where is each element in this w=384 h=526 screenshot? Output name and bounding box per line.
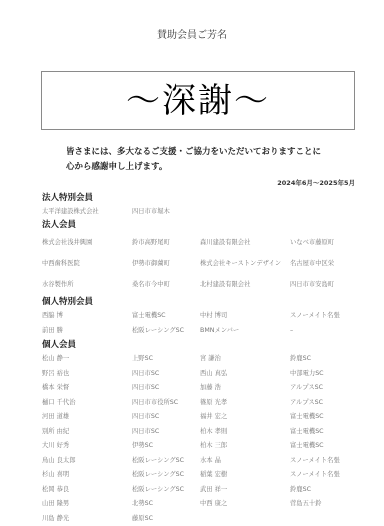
member-name: BMNメンバー <box>200 324 290 339</box>
member-row: 大川 好秀 伊勢SC 柏木 三郎 富士電機SC <box>42 439 372 454</box>
member-name: 中西歯科医院 <box>42 253 132 274</box>
date-range: 2024年6月～2025年5月 <box>277 178 355 187</box>
member-name: 桑名市今中町 <box>132 274 200 295</box>
section-heading-corporate-special: 法人特別会員 <box>42 191 372 205</box>
member-row: 鳥山 良太郎 松阪レーシングSC 水本 晶 スノーメイト名張 <box>42 454 372 469</box>
member-name: 杉山 喜明 <box>42 468 132 483</box>
member-name: 水本 晶 <box>200 454 290 469</box>
section-heading-individual: 個人会員 <box>42 338 372 352</box>
member-row: 樋口 千代治 四日市市役所SC 篠原 光孝 アルプスSC <box>42 396 372 411</box>
member-name: 福井 宏之 <box>200 410 290 425</box>
member-club: 四日市市役所SC <box>132 396 200 411</box>
member-name: 四日市市堀木 <box>132 205 200 218</box>
thanks-message: 皆さまには、多大なるご支援・ご協力をいただいておりますことに 心から感謝申し上げ… <box>66 145 321 175</box>
member-row: 別所 由紀 四日市SC 柏木 孝則 富士電機SC <box>42 425 372 440</box>
member-name <box>290 205 372 218</box>
member-club: 四日市SC <box>132 367 200 382</box>
member-club: 松阪レーシングSC <box>132 324 200 339</box>
member-row: 杉山 喜明 松阪レーシングSC 稲葉 宏樹 スノーメイト名張 <box>42 468 372 483</box>
member-club: アルプスSC <box>290 396 372 411</box>
member-name: 北村建設有限会社 <box>200 274 290 295</box>
member-name: 加藤 浩 <box>200 381 290 396</box>
member-club <box>290 512 372 526</box>
message-line: 心から感謝申し上げます。 <box>66 160 321 175</box>
member-club: 松阪レーシングSC <box>132 483 200 498</box>
member-name: 柏木 三郎 <box>200 439 290 454</box>
member-club: 鈴鹿SC <box>290 352 372 367</box>
document-title: 賛助会員ご芳名 <box>0 26 384 41</box>
member-row: 松山 静一 上野SC 宮 謙治 鈴鹿SC <box>42 352 372 367</box>
member-club: 鈴鹿SC <box>290 483 372 498</box>
member-name: 水谷製作所 <box>42 274 132 295</box>
member-name: 宮 謙治 <box>200 352 290 367</box>
member-club: 上野SC <box>132 352 200 367</box>
member-name: 篠原 光孝 <box>200 396 290 411</box>
member-name: 中西 康之 <box>200 497 290 512</box>
member-club: 中部電力SC <box>290 367 372 382</box>
member-club: 伊勢SC <box>132 439 200 454</box>
member-name: 鈴市高野尾町 <box>132 232 200 253</box>
member-name: 野呂 裕也 <box>42 367 132 382</box>
member-name: 西脇 博 <box>42 309 132 324</box>
member-name: 株式会社浅井興園 <box>42 232 132 253</box>
member-club: 富士電機SC <box>132 309 200 324</box>
member-name: 別所 由紀 <box>42 425 132 440</box>
message-line: 皆さまには、多大なるご支援・ご協力をいただいておりますことに <box>66 145 321 160</box>
member-club: 菅島五十鈴 <box>290 497 372 512</box>
member-name: 太平洋建設株式会社 <box>42 205 132 218</box>
member-name: 大川 好秀 <box>42 439 132 454</box>
member-name: 川島 静光 <box>42 512 132 526</box>
member-club: スノーメイト名張 <box>290 309 372 324</box>
member-name: 橋本 栄督 <box>42 381 132 396</box>
member-name: 武田 祥一 <box>200 483 290 498</box>
member-club: 富士電機SC <box>290 410 372 425</box>
member-name: 稲葉 宏樹 <box>200 468 290 483</box>
member-name: 柏木 孝則 <box>200 425 290 440</box>
member-club: アルプスSC <box>290 381 372 396</box>
member-club: スノーメイト名張 <box>290 468 372 483</box>
member-club: 松阪レーシングSC <box>132 454 200 469</box>
banner-text: ～深謝～ <box>126 84 270 118</box>
member-club: 藤原SC <box>132 512 200 526</box>
member-club: 四日市SC <box>132 381 200 396</box>
member-row: 橋本 栄督 四日市SC 加藤 浩 アルプスSC <box>42 381 372 396</box>
member-club: 北勢SC <box>132 497 200 512</box>
member-name: 河田 道雄 <box>42 410 132 425</box>
member-name <box>200 205 290 218</box>
member-name: いなべ市藤原町 <box>290 232 372 253</box>
member-name: 伊勢市御薗町 <box>132 253 200 274</box>
member-name: 鳥山 良太郎 <box>42 454 132 469</box>
member-row: 松岡 恭良 松阪レーシングSC 武田 祥一 鈴鹿SC <box>42 483 372 498</box>
member-name: 樋口 千代治 <box>42 396 132 411</box>
member-name: 松岡 恭良 <box>42 483 132 498</box>
member-club: 富士電機SC <box>290 425 372 440</box>
member-row: 野呂 裕也 四日市SC 西山 真弘 中部電力SC <box>42 367 372 382</box>
member-list: 法人特別会員 太平洋建設株式会社 四日市市堀木 法人会員 株式会社浅井興園 鈴市… <box>42 191 372 526</box>
section-heading-corporate: 法人会員 <box>42 218 372 232</box>
member-row: 河田 道雄 四日市SC 福井 宏之 富士電機SC <box>42 410 372 425</box>
member-name <box>200 512 290 526</box>
member-row: 山田 隆男 北勢SC 中西 康之 菅島五十鈴 <box>42 497 372 512</box>
member-club: – <box>290 324 372 339</box>
member-row: 前田 勝 松阪レーシングSC BMNメンバー – <box>42 324 372 339</box>
member-name: 四日市市安島町 <box>290 274 372 295</box>
member-name: 西山 真弘 <box>200 367 290 382</box>
member-name: 森川建設有限会社 <box>200 232 290 253</box>
member-row: 西脇 博 富士電機SC 中村 博司 スノーメイト名張 <box>42 309 372 324</box>
member-club: 四日市SC <box>132 425 200 440</box>
member-club: 富士電機SC <box>290 439 372 454</box>
member-name: 松山 静一 <box>42 352 132 367</box>
member-name: 中村 博司 <box>200 309 290 324</box>
member-name: 名古屋市中区栄 <box>290 253 372 274</box>
member-row: 中西歯科医院 伊勢市御薗町 株式会社キーストンデザイン 名古屋市中区栄 <box>42 253 372 274</box>
member-row: 川島 静光 藤原SC <box>42 512 372 526</box>
member-name: 前田 勝 <box>42 324 132 339</box>
member-club: 松阪レーシングSC <box>132 468 200 483</box>
member-row: 株式会社浅井興園 鈴市高野尾町 森川建設有限会社 いなべ市藤原町 <box>42 232 372 253</box>
section-heading-individual-special: 個人特別会員 <box>42 295 372 309</box>
member-name: 株式会社キーストンデザイン <box>200 253 290 274</box>
member-name: 山田 隆男 <box>42 497 132 512</box>
member-club: 四日市SC <box>132 410 200 425</box>
thanks-banner: ～深謝～ <box>41 71 355 130</box>
member-club: スノーメイト名張 <box>290 454 372 469</box>
member-row: 水谷製作所 桑名市今中町 北村建設有限会社 四日市市安島町 <box>42 274 372 295</box>
member-row: 太平洋建設株式会社 四日市市堀木 <box>42 205 372 218</box>
